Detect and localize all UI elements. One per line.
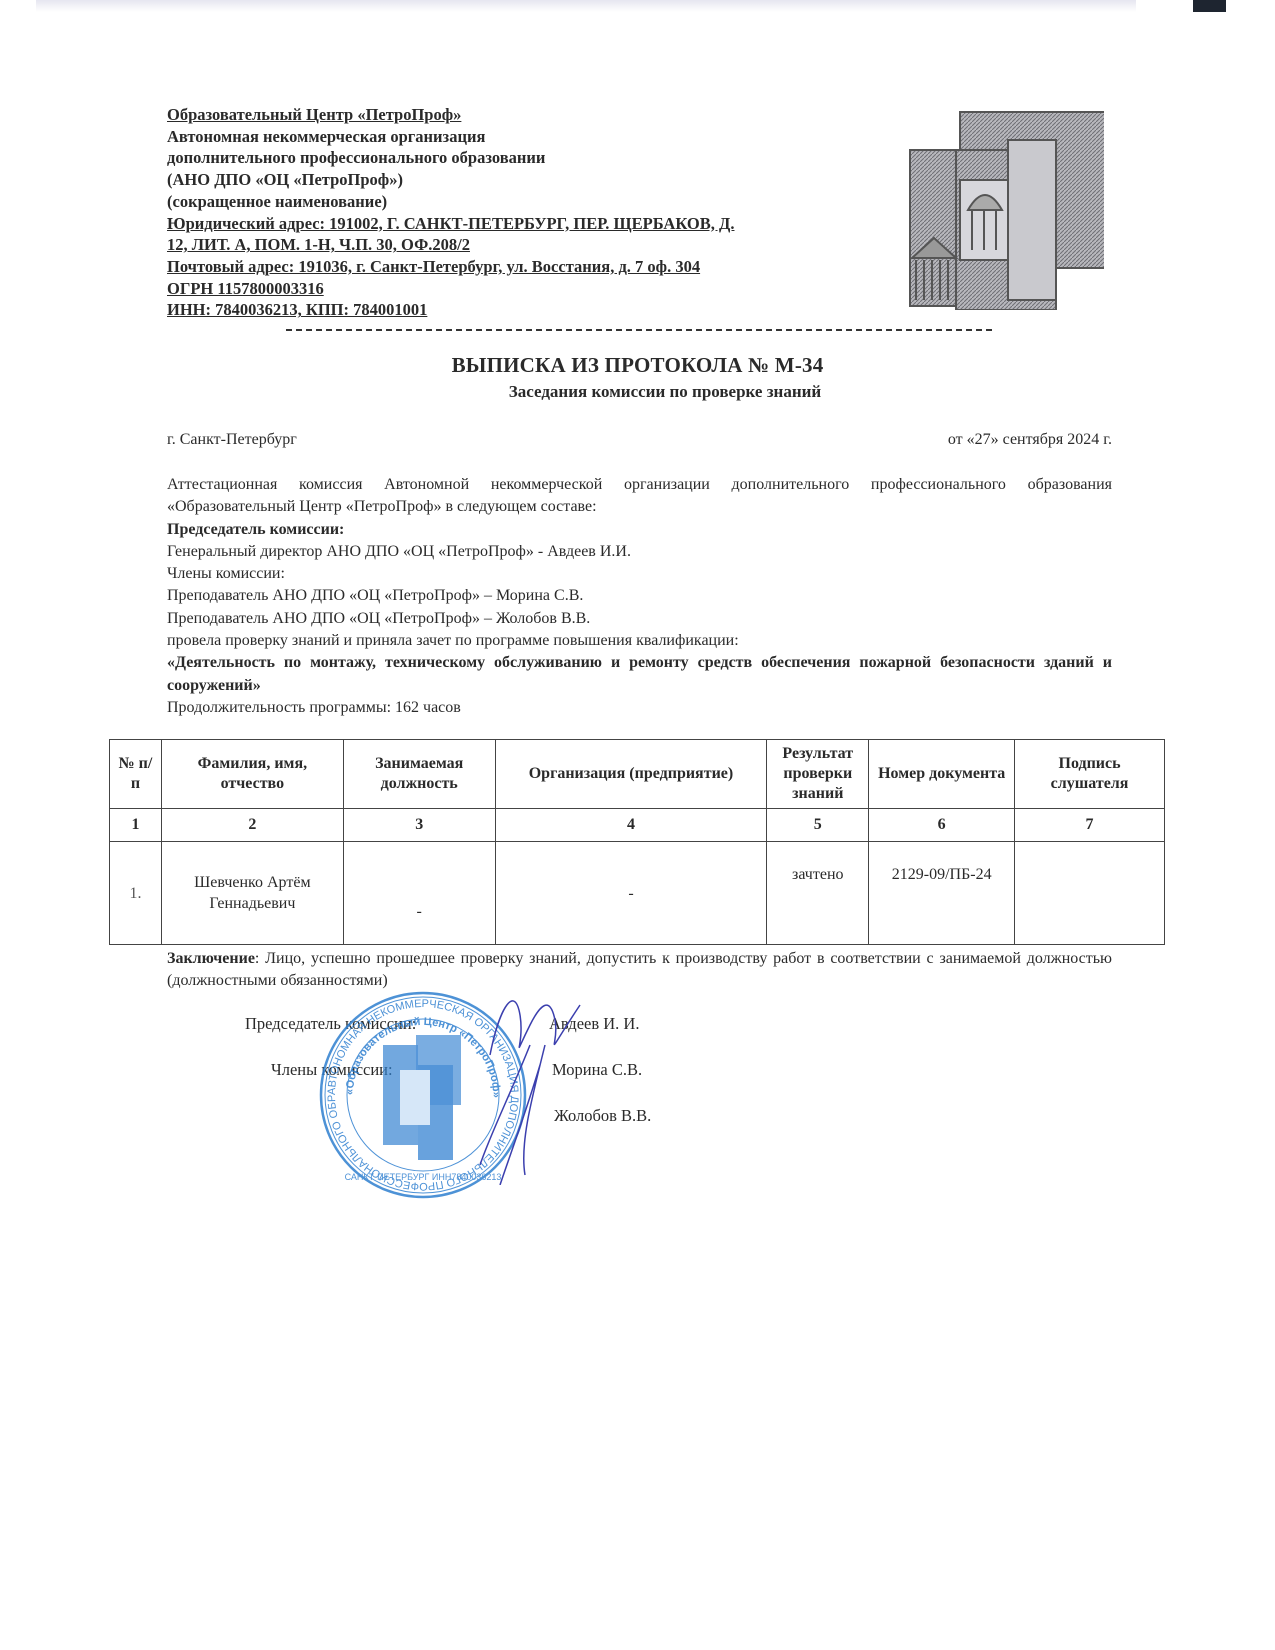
scan-edge bbox=[36, 0, 1136, 12]
org-short-name: (АНО ДПО «ОЦ «ПетроПроф») bbox=[167, 169, 867, 191]
col-header-number: № п/п bbox=[110, 740, 162, 809]
col-header-result: Результат проверки знаний bbox=[767, 740, 869, 809]
ogrn: ОГРН 1157800003316 bbox=[167, 278, 867, 300]
table-header-row: № п/п Фамилия, имя, отчество Занимаемая … bbox=[110, 740, 1165, 809]
document-subtitle: Заседания комиссии по проверке знаний bbox=[0, 382, 1275, 402]
col-header-organization: Организация (предприятие) bbox=[495, 740, 767, 809]
header-divider bbox=[286, 329, 992, 331]
row-signature bbox=[1015, 842, 1165, 945]
conclusion-label: Заключение bbox=[167, 950, 255, 967]
results-table: № п/п Фамилия, имя, отчество Занимаемая … bbox=[109, 739, 1165, 945]
org-type-line1: Автономная некоммерческая организация bbox=[167, 126, 867, 148]
chair-heading: Председатель комиссии: bbox=[167, 519, 1112, 541]
org-type-line2: дополнительного профессионального образо… bbox=[167, 147, 867, 169]
legal-address-line1: Юридический адрес: 191002, Г. САНКТ-ПЕТЕ… bbox=[167, 213, 867, 235]
col-header-name: Фамилия, имя, отчество bbox=[161, 740, 343, 809]
program-name: «Деятельность по монтажу, техническому о… bbox=[167, 652, 1112, 697]
organization-header: Образовательный Центр «ПетроПроф» Автоно… bbox=[167, 104, 867, 321]
table-row: 1. Шевченко Артём Геннадьевич - - зачтен… bbox=[110, 842, 1165, 945]
commission-action: провела проверку знаний и приняла зачет … bbox=[167, 630, 1112, 652]
row-number: 1. bbox=[110, 842, 162, 945]
column-number: 1 bbox=[110, 809, 162, 842]
row-full-name: Шевченко Артём Геннадьевич bbox=[161, 842, 343, 945]
members-heading: Члены комиссии: bbox=[167, 563, 1112, 585]
column-number: 4 bbox=[495, 809, 767, 842]
column-number: 5 bbox=[767, 809, 869, 842]
col-header-position: Занимаемая должность bbox=[343, 740, 495, 809]
row-result: зачтено bbox=[767, 842, 869, 945]
row-position: - bbox=[343, 842, 495, 945]
column-number: 7 bbox=[1015, 809, 1165, 842]
row-document-number: 2129-09/ПБ-24 bbox=[869, 842, 1015, 945]
building-collage-logo-icon bbox=[904, 110, 1104, 310]
row-organization: - bbox=[495, 842, 767, 945]
conclusion-text: : Лицо, успешно прошедшее проверку знани… bbox=[167, 950, 1112, 989]
chair-position: Генеральный директор АНО ДПО «ОЦ «ПетроП… bbox=[167, 543, 538, 560]
org-name: Образовательный Центр «ПетроПроф» bbox=[167, 104, 867, 126]
col-header-document-number: Номер документа bbox=[869, 740, 1015, 809]
col-header-signature: Подпись слушателя bbox=[1015, 740, 1165, 809]
chair-signature-scribble bbox=[470, 985, 590, 1185]
scan-corner-mark bbox=[1193, 0, 1226, 12]
inn-kpp: ИНН: 7840036213, КПП: 784001001 bbox=[167, 299, 867, 321]
program-duration: Продолжительность программы: 162 часов bbox=[167, 697, 1112, 719]
org-short-name-note: (сокращенное наименование) bbox=[167, 191, 867, 213]
chair-line: Генеральный директор АНО ДПО «ОЦ «ПетроП… bbox=[167, 541, 1112, 563]
conclusion: Заключение: Лицо, успешно прошедшее пров… bbox=[167, 948, 1112, 992]
document-title: ВЫПИСКА ИЗ ПРОТОКОЛА № М-34 bbox=[0, 353, 1275, 378]
legal-address-line2: 12, ЛИТ. А, ПОМ. 1-Н, Ч.П. 30, ОФ.208/2 bbox=[167, 234, 867, 256]
column-number: 6 bbox=[869, 809, 1015, 842]
column-number: 2 bbox=[161, 809, 343, 842]
document-date: от «27» сентября 2024 г. bbox=[948, 431, 1112, 449]
member-2: Преподаватель АНО ДПО «ОЦ «ПетроПроф» – … bbox=[167, 608, 1112, 630]
postal-address: Почтовый адрес: 191036, г. Санкт-Петербу… bbox=[167, 256, 867, 278]
column-number-row: 1 2 3 4 5 6 7 bbox=[110, 809, 1165, 842]
document-city: г. Санкт-Петербург bbox=[167, 431, 297, 449]
member-1: Преподаватель АНО ДПО «ОЦ «ПетроПроф» – … bbox=[167, 585, 1112, 607]
protocol-body: Аттестационная комиссия Автономной неком… bbox=[167, 474, 1112, 719]
chair-name: - Авдеев И.И. bbox=[538, 543, 631, 560]
column-number: 3 bbox=[343, 809, 495, 842]
commission-intro: Аттестационная комиссия Автономной неком… bbox=[167, 474, 1112, 519]
